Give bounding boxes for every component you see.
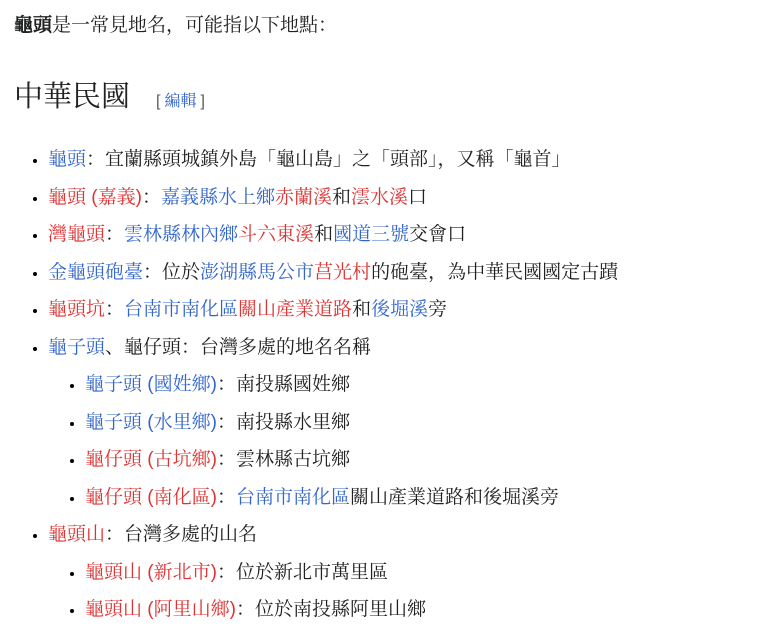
wiki-link[interactable]: 國道三號 — [333, 224, 409, 245]
section-heading: 中華民國 [編輯] — [14, 79, 757, 115]
text-segment: 口 — [408, 187, 427, 208]
wiki-link[interactable]: 後堀溪 — [371, 299, 428, 320]
disambiguation-list: 龜頭：宜蘭縣頭城鎮外島「龜山島」之「頭部」，又稱「龜首」龜頭 (嘉義)：嘉義縣水… — [14, 145, 757, 624]
wiki-redlink[interactable]: 龜頭山 (新北市) — [85, 562, 217, 583]
text-segment: ：南投縣國姓鄉 — [217, 374, 350, 395]
text-segment: 、龜仔頭：台灣多處的地名名稱 — [105, 337, 371, 358]
wiki-redlink[interactable]: 龜仔頭 (南化區) — [85, 487, 217, 508]
wiki-redlink[interactable]: 龜頭坑 — [48, 299, 105, 320]
wiki-link[interactable]: 台南市南化區 — [124, 299, 238, 320]
text-segment: 的砲臺，為中華民國國定古蹟 — [371, 262, 618, 283]
wiki-link[interactable]: 龜子頭 (國姓鄉) — [85, 374, 217, 395]
wiki-link[interactable]: 雲林縣林內鄉 — [124, 224, 238, 245]
wiki-article-body: 龜頭是一常見地名，可能指以下地點： 中華民國 [編輯] 龜頭：宜蘭縣頭城鎮外島「… — [0, 0, 767, 624]
wiki-redlink[interactable]: 龜仔頭 (古坑鄉) — [85, 449, 217, 470]
edit-link[interactable]: 編輯 — [160, 93, 200, 110]
text-segment: ：位於 — [143, 262, 200, 283]
wiki-link[interactable]: 龜頭 — [48, 149, 86, 170]
intro-paragraph: 龜頭是一常見地名，可能指以下地點： — [14, 12, 757, 39]
intro-text: 是一常見地名，可能指以下地點： — [52, 15, 337, 36]
text-segment: 和 — [332, 187, 351, 208]
text-segment: ：位於南投縣阿里山鄉 — [236, 599, 426, 620]
wiki-link[interactable]: 澎湖縣馬公市 — [200, 262, 314, 283]
list-item: 金龜頭砲臺：位於澎湖縣馬公市莒光村的砲臺，為中華民國國定古蹟 — [48, 258, 757, 287]
text-segment: ： — [217, 487, 236, 508]
sub-list: 龜頭山 (新北市)：位於新北市萬里區龜頭山 (阿里山鄉)：位於南投縣阿里山鄉 — [48, 558, 757, 625]
wiki-link[interactable]: 龜子頭 (水里鄉) — [85, 412, 217, 433]
wiki-redlink[interactable]: 斗六東溪 — [238, 224, 314, 245]
text-segment: ：雲林縣古坑鄉 — [217, 449, 350, 470]
list-item: 龜頭：宜蘭縣頭城鎮外島「龜山島」之「頭部」，又稱「龜首」 — [48, 145, 757, 174]
list-item: 龜頭山 (新北市)：位於新北市萬里區 — [85, 558, 757, 587]
edit-bracket-close: ] — [200, 93, 204, 110]
intro-term: 龜頭 — [14, 15, 52, 36]
text-segment: ：台灣多處的山名 — [105, 524, 257, 545]
text-segment: 交會口 — [409, 224, 466, 245]
list-item: 龜頭 (嘉義)：嘉義縣水上鄉赤蘭溪和澐水溪口 — [48, 183, 757, 212]
text-segment: ：宜蘭縣頭城鎮外島「龜山島」之「頭部」，又稱「龜首」 — [86, 149, 571, 170]
list-item: 龜子頭 (國姓鄉)：南投縣國姓鄉 — [85, 370, 757, 399]
text-segment: 和 — [314, 224, 333, 245]
text-segment: 關山產業道路和後堀溪旁 — [350, 487, 559, 508]
section-title: 中華民國 — [14, 79, 130, 115]
text-segment: ：位於新北市萬里區 — [217, 562, 388, 583]
text-segment: ： — [142, 187, 161, 208]
wiki-link[interactable]: 嘉義縣水上鄉 — [161, 187, 275, 208]
text-segment: ：南投縣水里鄉 — [217, 412, 350, 433]
list-item: 龜仔頭 (南化區)：台南市南化區關山產業道路和後堀溪旁 — [85, 483, 757, 512]
wiki-link[interactable]: 台南市南化區 — [236, 487, 350, 508]
list-item: 龜頭山 (阿里山鄉)：位於南投縣阿里山鄉 — [85, 595, 757, 624]
edit-section: [編輯] — [156, 94, 205, 110]
wiki-redlink[interactable]: 龜頭山 — [48, 524, 105, 545]
wiki-redlink[interactable]: 灣龜頭 — [48, 224, 105, 245]
wiki-redlink[interactable]: 龜頭山 (阿里山鄉) — [85, 599, 236, 620]
text-segment: 旁 — [428, 299, 447, 320]
wiki-redlink[interactable]: 澐水溪 — [351, 187, 408, 208]
wiki-redlink[interactable]: 赤蘭溪 — [275, 187, 332, 208]
wiki-redlink[interactable]: 關山產業道路 — [238, 299, 352, 320]
wiki-redlink[interactable]: 龜頭 (嘉義) — [48, 187, 142, 208]
list-item: 龜子頭 (水里鄉)：南投縣水里鄉 — [85, 408, 757, 437]
list-item: 龜子頭、龜仔頭：台灣多處的地名名稱龜子頭 (國姓鄉)：南投縣國姓鄉龜子頭 (水里… — [48, 333, 757, 512]
wiki-link[interactable]: 金龜頭砲臺 — [48, 262, 143, 283]
list-item: 龜頭坑：台南市南化區關山產業道路和後堀溪旁 — [48, 295, 757, 324]
text-segment: 和 — [352, 299, 371, 320]
list-item: 龜頭山：台灣多處的山名龜頭山 (新北市)：位於新北市萬里區龜頭山 (阿里山鄉)：… — [48, 520, 757, 624]
list-item: 灣龜頭：雲林縣林內鄉斗六東溪和國道三號交會口 — [48, 220, 757, 249]
text-segment: ： — [105, 224, 124, 245]
wiki-link[interactable]: 龜子頭 — [48, 337, 105, 358]
sub-list: 龜子頭 (國姓鄉)：南投縣國姓鄉龜子頭 (水里鄉)：南投縣水里鄉龜仔頭 (古坑鄉… — [48, 370, 757, 512]
text-segment: ： — [105, 299, 124, 320]
wiki-redlink[interactable]: 莒光村 — [314, 262, 371, 283]
list-item: 龜仔頭 (古坑鄉)：雲林縣古坑鄉 — [85, 445, 757, 474]
